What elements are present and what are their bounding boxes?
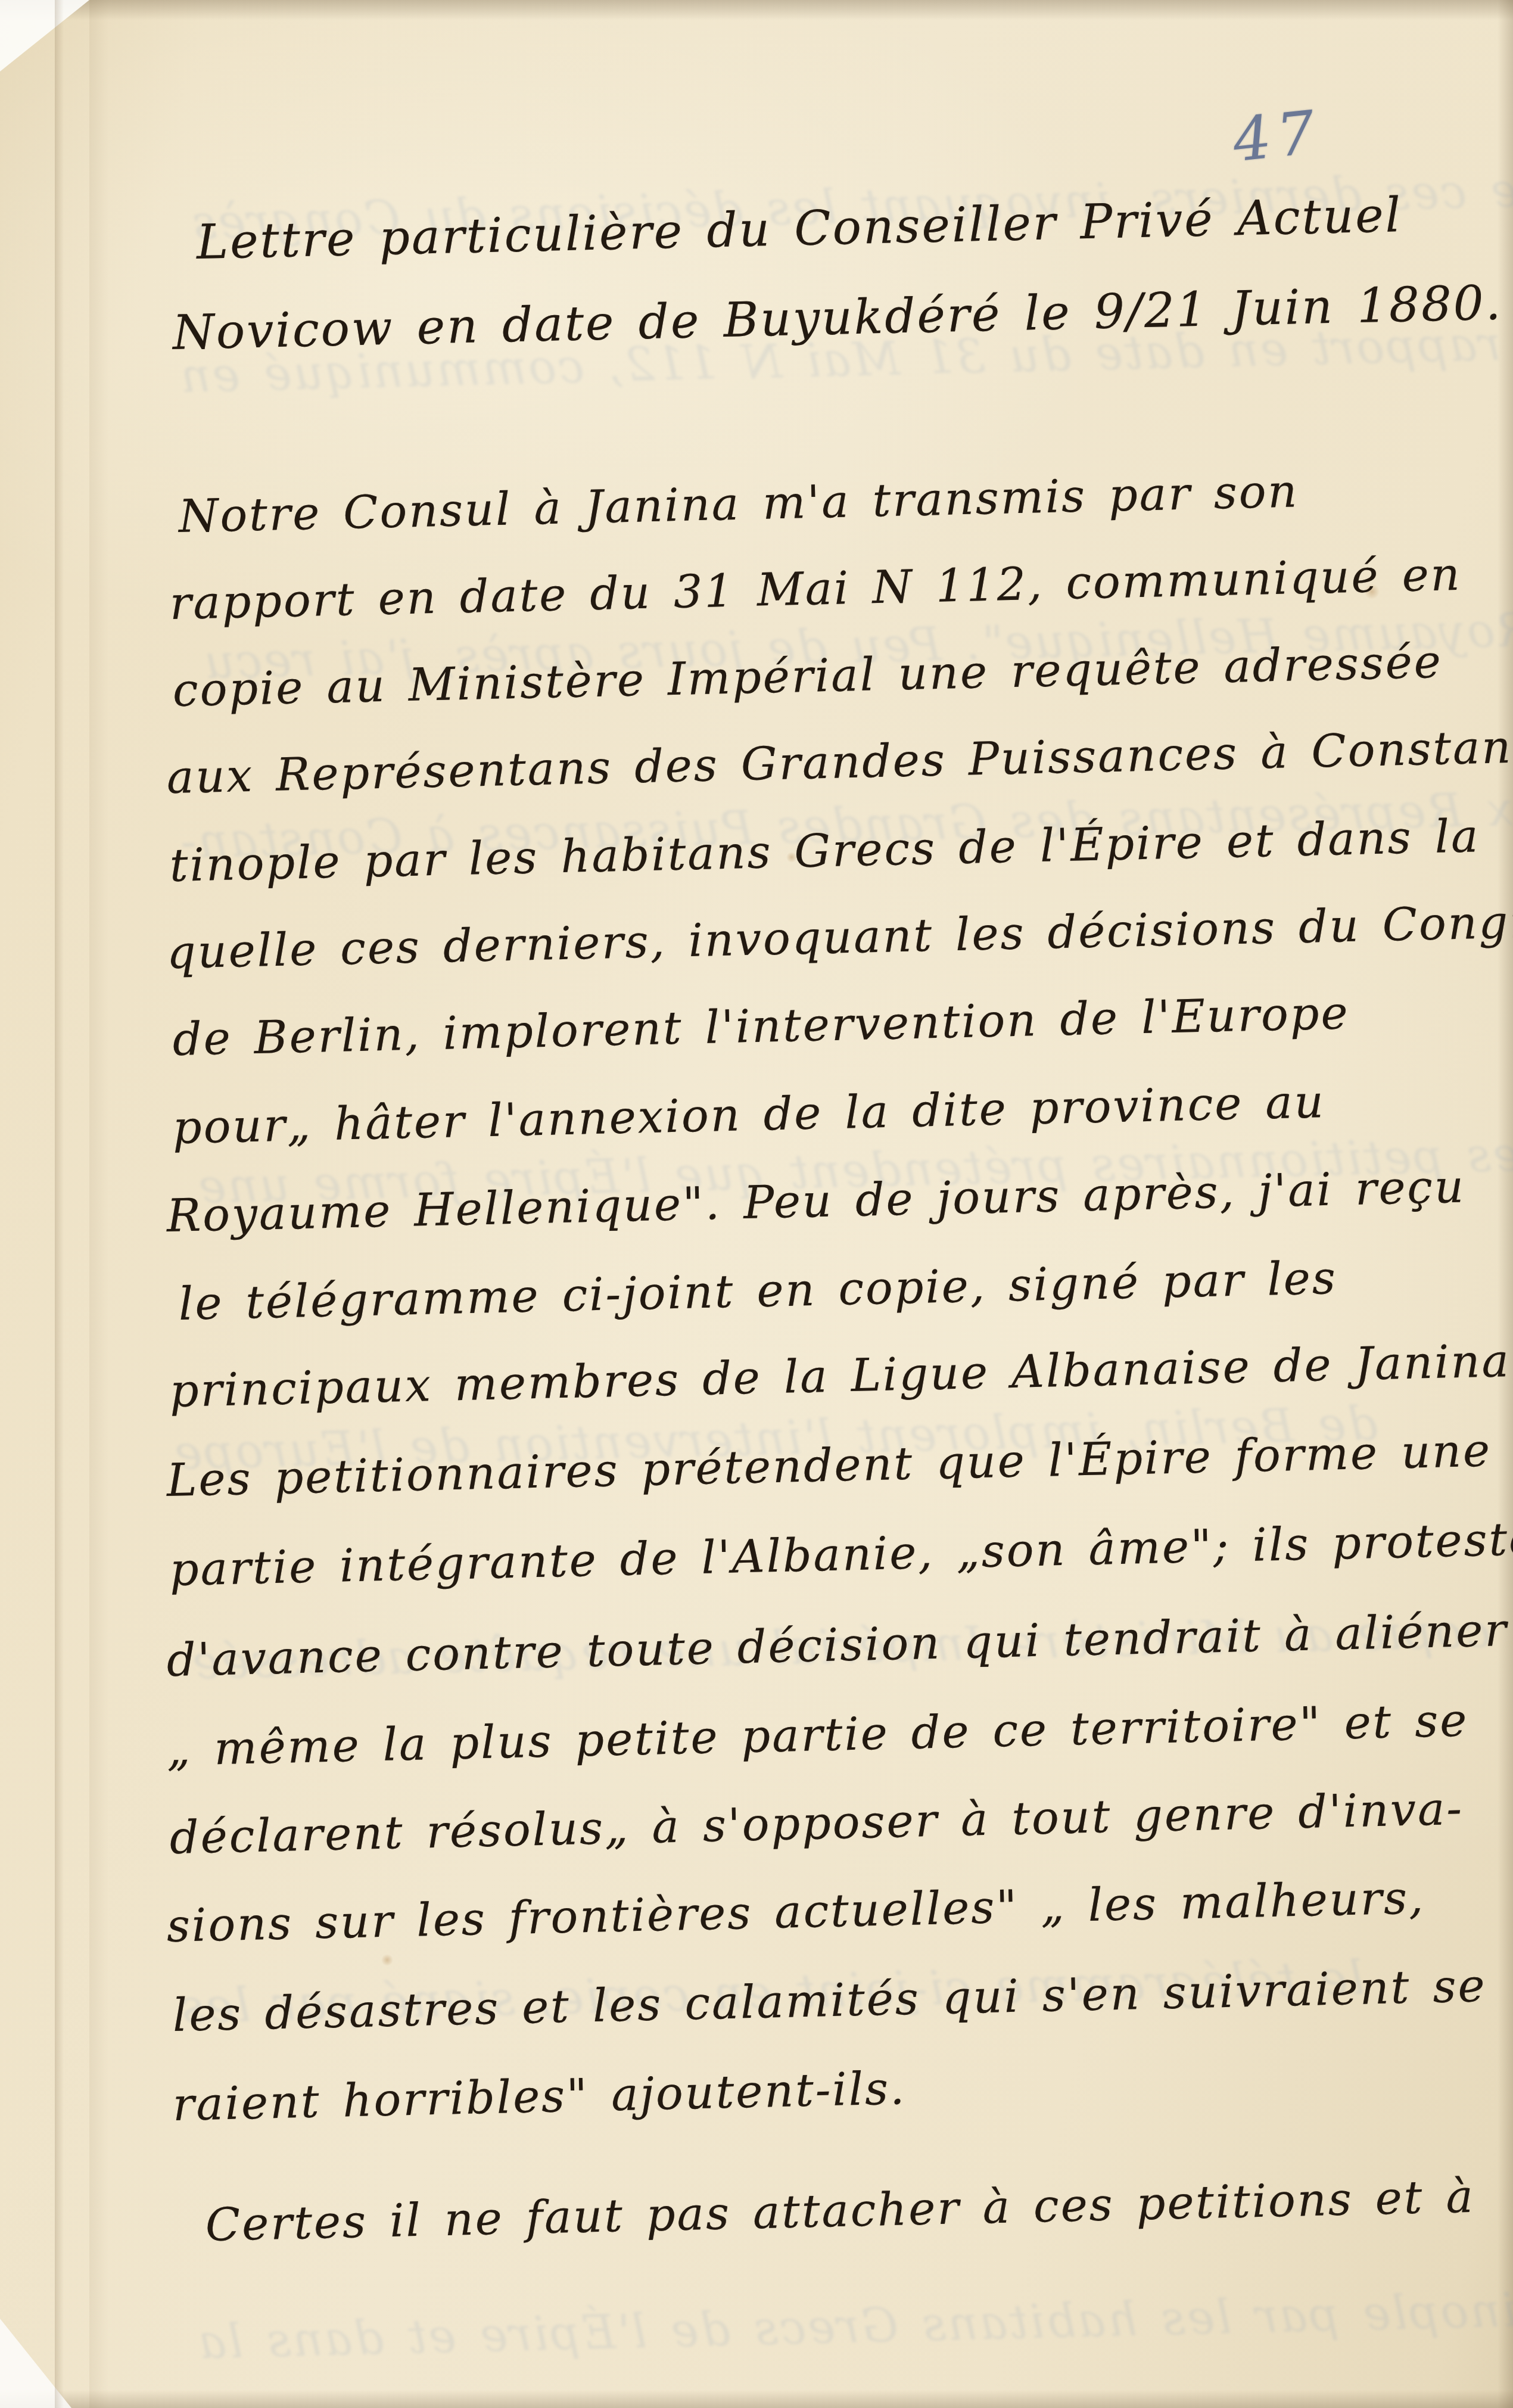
scanned-manuscript-page: { "page": { "number": "47", "heading": {… — [0, 0, 1513, 2408]
binding-crease — [55, 0, 67, 2408]
paper-edge-top — [0, 0, 1513, 20]
page-number: 47 — [1229, 97, 1324, 176]
foxing-spot — [381, 1954, 393, 1966]
paper-edge-bottom — [0, 2390, 1513, 2408]
binding-crease-soft — [89, 0, 113, 2408]
